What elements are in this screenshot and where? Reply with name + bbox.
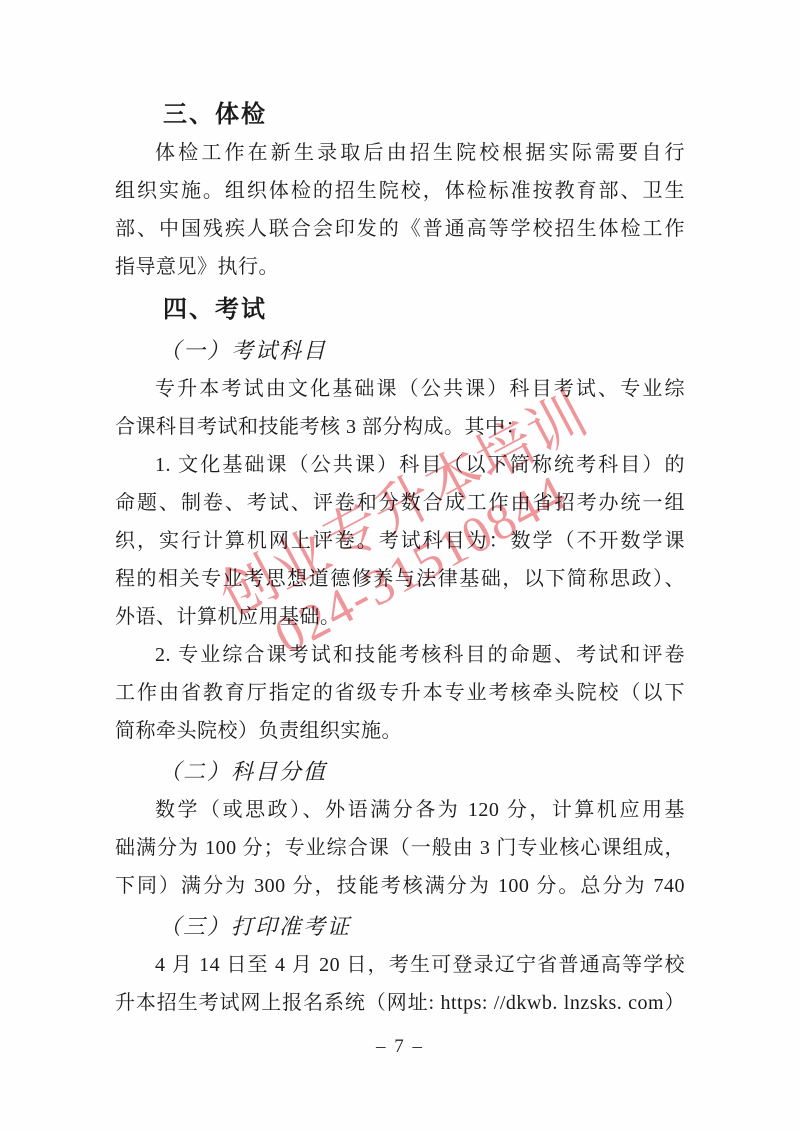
text-line: 4 月 14 日至 4 月 20 日，考生可登录辽宁省普通高等学校专	[115, 946, 685, 984]
page-number: – 7 –	[0, 1036, 800, 1058]
document-body: 三、体检体检工作在新生录取后由招生院校根据实际需要自行组织实施。组织体检的招生院…	[115, 96, 685, 1022]
sub-heading: （三）打印准考证	[115, 908, 685, 946]
text-line: 升本招生考试网上报名系统（网址: https: //dkwb. lnzsks. …	[115, 984, 685, 1022]
text-line: 础满分为 100 分；专业综合课（一般由 3 门专业核心课组成，	[115, 829, 685, 867]
document-page: 三、体检体检工作在新生录取后由招生院校根据实际需要自行组织实施。组织体检的招生院…	[0, 0, 800, 1131]
sub-heading: （一）考试科目	[115, 332, 685, 370]
text-line: 简称牵头院校）负责组织实施。	[115, 712, 685, 750]
text-line: 下同）满分为 300 分，技能考核满分为 100 分。总分为 740 分。	[115, 867, 685, 905]
text-line: 外语、计算机应用基础。	[115, 598, 685, 636]
sub-heading: （二）科目分值	[115, 753, 685, 791]
text-line: 命题、制卷、考试、评卷和分数合成工作由省招考办统一组	[115, 484, 685, 522]
text-line: 数学（或思政）、外语满分各为 120 分，计算机应用基	[115, 791, 685, 829]
text-line: 指导意见》执行。	[115, 248, 685, 286]
text-line: 体检工作在新生录取后由招生院校根据实际需要自行	[115, 134, 685, 172]
text-line: 专升本考试由文化基础课（公共课）科目考试、专业综	[115, 370, 685, 408]
text-line: 部、中国残疾人联合会印发的《普通高等学校招生体检工作	[115, 210, 685, 248]
section-heading: 四、考试	[115, 291, 685, 329]
text-line: 组织实施。组织体检的招生院校，体检标准按教育部、卫生	[115, 172, 685, 210]
text-line: 织，实行计算机网上评卷。考试科目为：数学（不开数学课	[115, 522, 685, 560]
text-line: 程的相关专业考思想道德修养与法律基础，以下简称思政）、	[115, 560, 685, 598]
text-line: 合课科目考试和技能考核 3 部分构成。其中：	[115, 408, 685, 446]
text-line: 工作由省教育厅指定的省级专升本专业考核牵头院校（以下	[115, 674, 685, 712]
text-line: 2. 专业综合课考试和技能考核科目的命题、考试和评卷	[115, 636, 685, 674]
section-heading: 三、体检	[115, 96, 685, 134]
text-line: 1. 文化基础课（公共课）科目（以下简称统考科目）的	[115, 446, 685, 484]
